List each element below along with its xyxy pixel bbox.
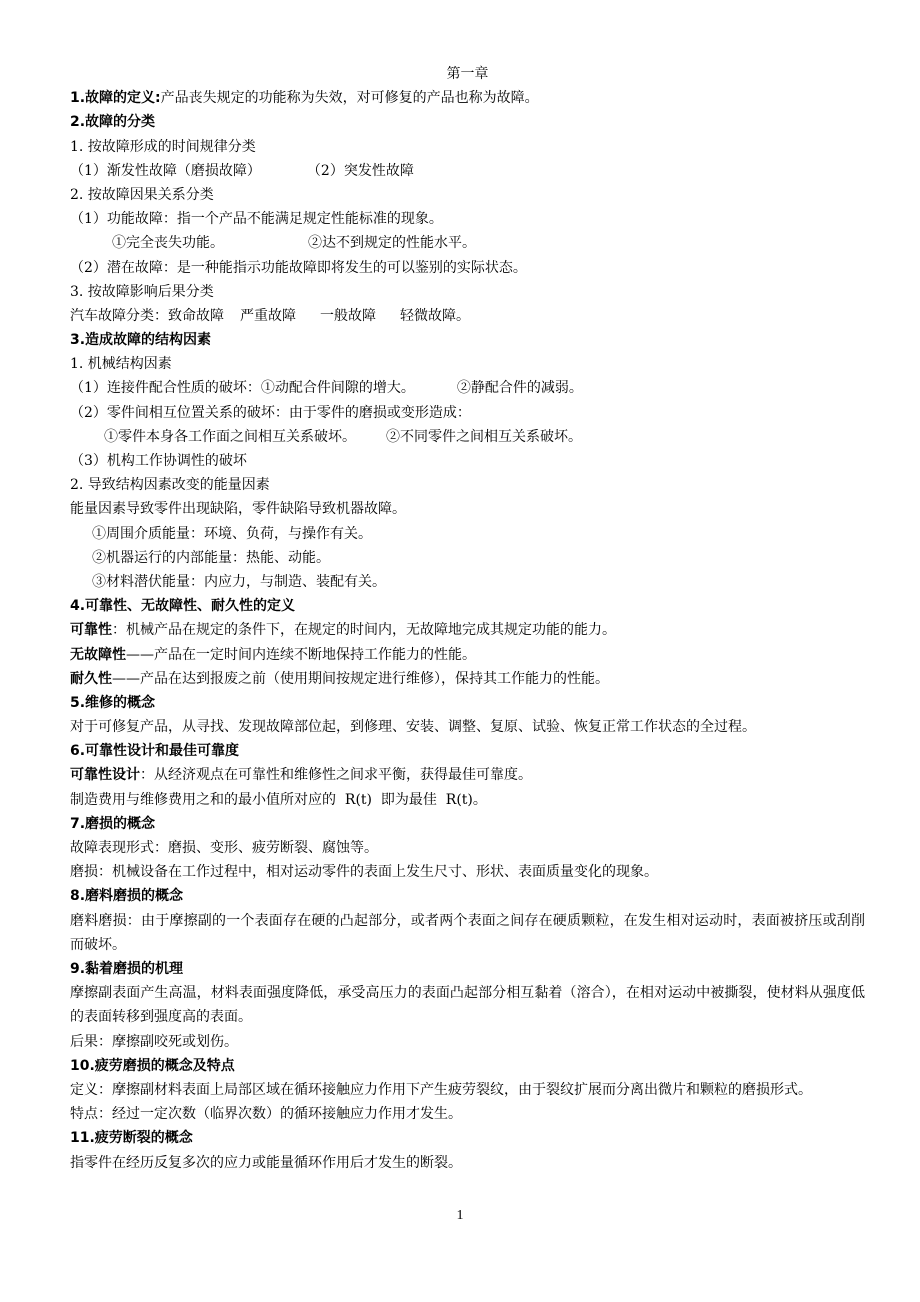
s2-sub3-types: 汽车故障分类：致命故障严重故障一般故障轻微故障。 (70, 304, 865, 328)
type-fatal: 致命故障 (168, 308, 224, 324)
s3-sub1-item3: （3）机构工作协调性的破坏 (70, 449, 865, 473)
section-1: 1.故障的定义:产品丧失规定的功能称为失效，对可修复的产品也称为故障。 (70, 86, 865, 110)
section-5-heading: 5.维修的概念 (70, 691, 865, 715)
s3-sub2-intro: 能量因素导致零件出现缺陷，零件缺陷导致机器故障。 (70, 497, 865, 521)
s2-sub2-item1-b: ②达不到规定的性能水平。 (308, 235, 476, 251)
s5-text: 对于可修复产品，从寻找、发现故障部位起，到修理、安装、调整、复原、试验、恢复正常… (70, 715, 865, 739)
s2-sub2-item1-options: ①完全丧失功能。②达不到规定的性能水平。 (70, 231, 865, 255)
s3-sub1-item2-a: ①零件本身各工作面之间相互关系破坏。 (104, 429, 356, 445)
type-minor: 轻微故障。 (400, 308, 470, 324)
s3-sub1-item1-b: ②静配合件的减弱。 (457, 380, 583, 396)
section-1-text: 产品丧失规定的功能称为失效，对可修复的产品也称为故障。 (161, 90, 539, 106)
s2-sub1-item2: （2）突发性故障 (307, 163, 414, 179)
s3-sub2-title: 2. 导致结构因素改变的能量因素 (70, 473, 865, 497)
s4-reliability: 可靠性：机械产品在规定的条件下，在规定的时间内，无故障地完成其规定功能的能力。 (70, 618, 865, 642)
s2-sub3-title: 3. 按故障影响后果分类 (70, 280, 865, 304)
s4-reliability-text: ：机械产品在规定的条件下，在规定的时间内，无故障地完成其规定功能的能力。 (112, 622, 616, 638)
section-1-heading: 1.故障的定义: (70, 90, 161, 106)
type-general: 一般故障 (320, 308, 376, 324)
s3-sub2-item3: ③材料潜伏能量：内应力，与制造、装配有关。 (70, 570, 865, 594)
s10-definition: 定义：摩擦副材料表面上局部区域在循环接触应力作用下产生疲劳裂纹，由于裂纹扩展而分… (70, 1078, 865, 1102)
s2-sub3-label: 汽车故障分类： (70, 308, 168, 324)
s3-sub1-item2-b: ②不同零件之间相互关系破坏。 (386, 429, 582, 445)
s3-sub2-item2: ②机器运行的内部能量：热能、动能。 (70, 546, 865, 570)
s6-term: 可靠性设计 (70, 767, 140, 783)
s4-failure-free-text: ——产品在一定时间内连续不断地保持工作能力的性能。 (126, 647, 476, 663)
s6-text2: 制造费用与维修费用之和的最小值所对应的 R(t) 即为最佳 R(t)。 (70, 788, 865, 812)
s2-sub2-item1: （1）功能故障：指一个产品不能满足规定性能标准的现象。 (70, 207, 865, 231)
s10-feature: 特点：经过一定次数（临界次数）的循环接触应力作用才发生。 (70, 1102, 865, 1126)
s7-text2: 磨损：机械设备在工作过程中，相对运动零件的表面上发生尺寸、形状、表面质量变化的现… (70, 860, 865, 884)
s9-consequence: 后果：摩擦副咬死或划伤。 (70, 1030, 865, 1054)
section-7-heading: 7.磨损的概念 (70, 812, 865, 836)
s8-text: 磨料磨损：由于摩擦副的一个表面存在硬的凸起部分，或者两个表面之间存在硬质颗粒，在… (70, 909, 865, 957)
s2-sub2-title: 2. 按故障因果关系分类 (70, 183, 865, 207)
s2-sub2-item2: （2）潜在故障：是一种能指示功能故障即将发生的可以鉴别的实际状态。 (70, 256, 865, 280)
s7-text1: 故障表现形式：磨损、变形、疲劳断裂、腐蚀等。 (70, 836, 865, 860)
s11-text: 指零件在经历反复多次的应力或能量循环作用后才发生的断裂。 (70, 1151, 865, 1175)
s2-sub1-items: （1）渐发性故障（磨损故障）（2）突发性故障 (70, 159, 865, 183)
s6-design: 可靠性设计：从经济观点在可靠性和维修性之间求平衡，获得最佳可靠度。 (70, 763, 865, 787)
s3-sub1-item2-options: ①零件本身各工作面之间相互关系破坏。②不同零件之间相互关系破坏。 (70, 425, 865, 449)
section-2-heading: 2.故障的分类 (70, 110, 865, 134)
section-6-heading: 6.可靠性设计和最佳可靠度 (70, 739, 865, 763)
s3-sub1-item1: （1）连接件配合性质的破坏：①动配合件间隙的增大。 (70, 380, 415, 396)
section-10-heading: 10.疲劳磨损的概念及特点 (70, 1054, 865, 1078)
s4-failure-free-term: 无故障性 (70, 647, 126, 663)
section-8-heading: 8.磨料磨损的概念 (70, 884, 865, 908)
s9-text: 摩擦副表面产生高温，材料表面强度降低，承受高压力的表面凸起部分相互黏着（溶合），… (70, 981, 865, 1029)
s4-reliability-term: 可靠性 (70, 622, 112, 638)
chapter-title: 第一章 (70, 62, 865, 86)
s3-sub1-item2: （2）零件间相互位置关系的破坏：由于零件的磨损或变形造成： (70, 401, 865, 425)
s4-durability-text: ——产品在达到报废之前（使用期间按规定进行维修），保持其工作能力的性能。 (112, 671, 609, 687)
section-9-heading: 9.黏着磨损的机理 (70, 957, 865, 981)
s2-sub1-title: 1. 按故障形成的时间规律分类 (70, 135, 865, 159)
s2-sub2-item1-a: ①完全丧失功能。 (112, 235, 224, 251)
s6-text: ：从经济观点在可靠性和维修性之间求平衡，获得最佳可靠度。 (140, 767, 532, 783)
s3-sub2-item1: ①周围介质能量：环境、负荷，与操作有关。 (70, 522, 865, 546)
document-page: 第一章 1.故障的定义:产品丧失规定的功能称为失效，对可修复的产品也称为故障。 … (0, 0, 920, 1302)
page-number: 1 (0, 1208, 920, 1224)
section-4-heading: 4.可靠性、无故障性、耐久性的定义 (70, 594, 865, 618)
type-serious: 严重故障 (240, 308, 296, 324)
s4-failure-free: 无故障性——产品在一定时间内连续不断地保持工作能力的性能。 (70, 643, 865, 667)
s3-sub1-title: 1. 机械结构因素 (70, 352, 865, 376)
section-3-heading: 3.造成故障的结构因素 (70, 328, 865, 352)
section-11-heading: 11.疲劳断裂的概念 (70, 1126, 865, 1150)
s3-sub1-item1-row: （1）连接件配合性质的破坏：①动配合件间隙的增大。②静配合件的减弱。 (70, 376, 865, 400)
s4-durability-term: 耐久性 (70, 671, 112, 687)
page-content: 第一章 1.故障的定义:产品丧失规定的功能称为失效，对可修复的产品也称为故障。 … (70, 62, 865, 1175)
s4-durability: 耐久性——产品在达到报废之前（使用期间按规定进行维修），保持其工作能力的性能。 (70, 667, 865, 691)
s2-sub1-item1: （1）渐发性故障（磨损故障） (70, 163, 261, 179)
